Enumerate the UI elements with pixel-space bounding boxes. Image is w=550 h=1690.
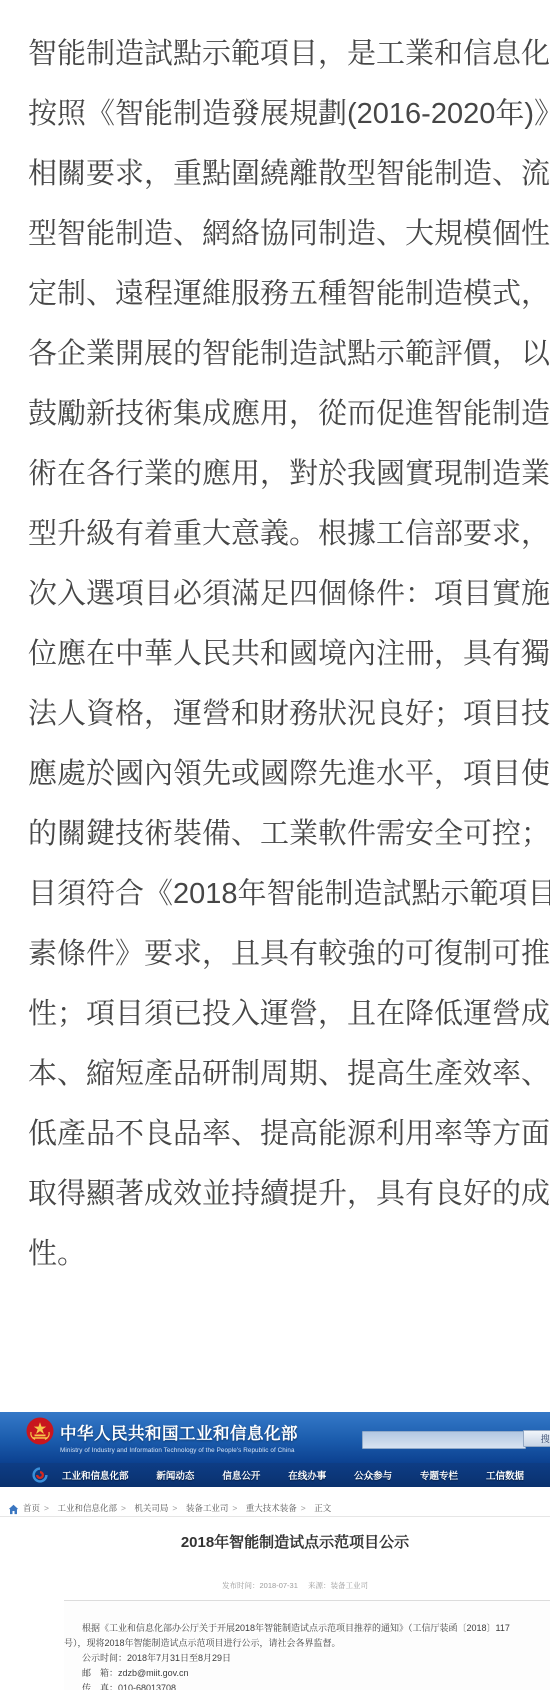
site-subtitle: Ministry of Industry and Information Tec… [60, 1447, 298, 1454]
article-text-line: 的關鍵技術裝備、工業軟件需安全可控；項 [28, 804, 545, 864]
page-title: 2018年智能制造试点示范项目公示 [40, 1531, 550, 1552]
search-button[interactable]: 搜 索 [523, 1430, 550, 1447]
miit-logo-icon[interactable] [32, 1467, 48, 1483]
article-text-line: 應處於國內領先或國際先進水平，項目使用 [28, 744, 545, 804]
breadcrumb-link[interactable]: 装备工业司 [186, 1503, 229, 1513]
breadcrumb-separator: > [121, 1503, 126, 1513]
article-meta: 发布时间：2018-07-31 来源：装备工业司 [40, 1580, 550, 1591]
article-text-line: 按照《智能制造發展規劃(2016-2020年)》 [28, 84, 545, 144]
miit-website-screenshot: 中华人民共和国工业和信息化部 Ministry of Industry and … [0, 1412, 550, 1690]
article-text-line: 本、縮短產品研制周期、提高生產效率、降 [28, 1044, 545, 1104]
nav-item[interactable]: 信息公开 [222, 1468, 260, 1482]
national-emblem-icon [26, 1417, 54, 1445]
home-icon[interactable] [8, 1502, 19, 1513]
breadcrumb-item: 工业和信息化部> [57, 1503, 129, 1513]
main-nav: 工业和信息化部 新闻动态 信息公开 在线办事 公众参与 专题专栏 工信数据 [0, 1463, 550, 1487]
breadcrumb-item: 正文> [314, 1503, 331, 1513]
breadcrumb-link[interactable]: 首页 [23, 1503, 40, 1513]
breadcrumb-link[interactable]: 机关司局 [134, 1503, 168, 1513]
breadcrumb-item: 首页> [23, 1503, 53, 1513]
article-body-line: 公示时间：2018年7月31日至8月29日 [64, 1651, 550, 1666]
site-title: 中华人民共和国工业和信息化部 [60, 1420, 298, 1444]
article-text-line: 次入選項目必須滿足四個條件：項目實施單 [28, 564, 545, 624]
breadcrumb: 首页> 工业和信息化部> 机关司局> 装备工业司> 重大技术装备> 正文> [0, 1498, 550, 1517]
nav-list: 工业和信息化部 新闻动态 信息公开 在线办事 公众参与 专题专栏 工信数据 [62, 1463, 524, 1487]
breadcrumb-separator: > [172, 1503, 177, 1513]
article-text-line: 低產品不良品率、提高能源利用率等方面已 [28, 1104, 545, 1164]
article-text-line: 位應在中華人民共和國境內注冊，具有獨立 [28, 624, 545, 684]
breadcrumb-item: 机关司局> [134, 1503, 181, 1513]
article-body-line: 邮 箱：zdzb@miit.gov.cn [64, 1666, 550, 1681]
article-text-line: 取得顯著成效並持續提升，具有良好的成長 [28, 1164, 545, 1224]
nav-item[interactable]: 公众参与 [354, 1468, 392, 1482]
breadcrumb-separator: > [44, 1503, 49, 1513]
site-title-block: 中华人民共和国工业和信息化部 Ministry of Industry and … [60, 1420, 298, 1454]
article-text-line: 目須符合《2018年智能制造試點示範項目要 [28, 864, 545, 924]
article-text-line: 性；項目須已投入運營，且在降低運營成 [28, 984, 545, 1044]
article-text-line: 型升級有着重大意義。根據工信部要求，此 [28, 504, 545, 564]
source-label: 来源：装备工业司 [308, 1581, 368, 1590]
breadcrumb-link[interactable]: 正文 [314, 1503, 331, 1513]
article-text-line: 定制、遠程運維服務五種智能制造模式，對 [28, 264, 545, 324]
site-header: 中华人民共和国工业和信息化部 Ministry of Industry and … [0, 1412, 550, 1463]
article-body-line: 号），现将2018年智能制造试点示范项目进行公示，请社会各界监督。 [64, 1636, 550, 1651]
article-text-line: 型智能制造、網絡協同制造、大規模個性化 [28, 204, 545, 264]
article-text-line: 相關要求，重點圍繞離散型智能制造、流程 [28, 144, 545, 204]
article-content: 根据《工业和信息化部办公厅关于开展2018年智能制造试点示范项目推荐的通知》（工… [64, 1600, 550, 1690]
search-input[interactable] [362, 1431, 526, 1449]
breadcrumb-item: 装备工业司> [186, 1503, 241, 1513]
article-text-line: 智能制造試點示範項目，是工業和信息化部 [28, 24, 545, 84]
article-text-line: 術在各行業的應用，對於我國實現制造業轉 [28, 444, 545, 504]
article-text-line: 各企業開展的智能制造試點示範評價，以此 [28, 324, 545, 384]
article-text-line: 素條件》要求，且具有較強的可復制可推廣 [28, 924, 545, 984]
breadcrumb-link[interactable]: 工业和信息化部 [57, 1503, 117, 1513]
breadcrumb-separator: > [232, 1503, 237, 1513]
publish-time: 发布时间：2018-07-31 [222, 1581, 298, 1590]
breadcrumb-link[interactable]: 重大技术装备 [246, 1503, 297, 1513]
breadcrumb-separator: > [301, 1503, 306, 1513]
breadcrumb-item: 重大技术装备> [246, 1503, 310, 1513]
nav-item[interactable]: 专题专栏 [420, 1468, 458, 1482]
article-body-line: 根据《工业和信息化部办公厅关于开展2018年智能制造试点示范项目推荐的通知》（工… [64, 1621, 550, 1636]
nav-item[interactable]: 工信数据 [486, 1468, 524, 1482]
nav-item[interactable]: 工业和信息化部 [62, 1468, 129, 1482]
article-body-line: 传 真：010-68013708 [64, 1681, 550, 1690]
article-text-line: 性。 [28, 1224, 545, 1284]
nav-item[interactable]: 在线办事 [288, 1468, 326, 1482]
article-text: 智能制造試點示範項目，是工業和信息化部 按照《智能制造發展規劃(2016-202… [28, 24, 545, 1284]
article-text-line: 法人資格，運營和財務狀況良好；項目技術 [28, 684, 545, 744]
article-text-line: 鼓勵新技術集成應用，從而促進智能制造技 [28, 384, 545, 444]
breadcrumb-list: 首页> 工业和信息化部> 机关司局> 装备工业司> 重大技术装备> 正文> [23, 1498, 331, 1516]
nav-item[interactable]: 新闻动态 [156, 1468, 194, 1482]
